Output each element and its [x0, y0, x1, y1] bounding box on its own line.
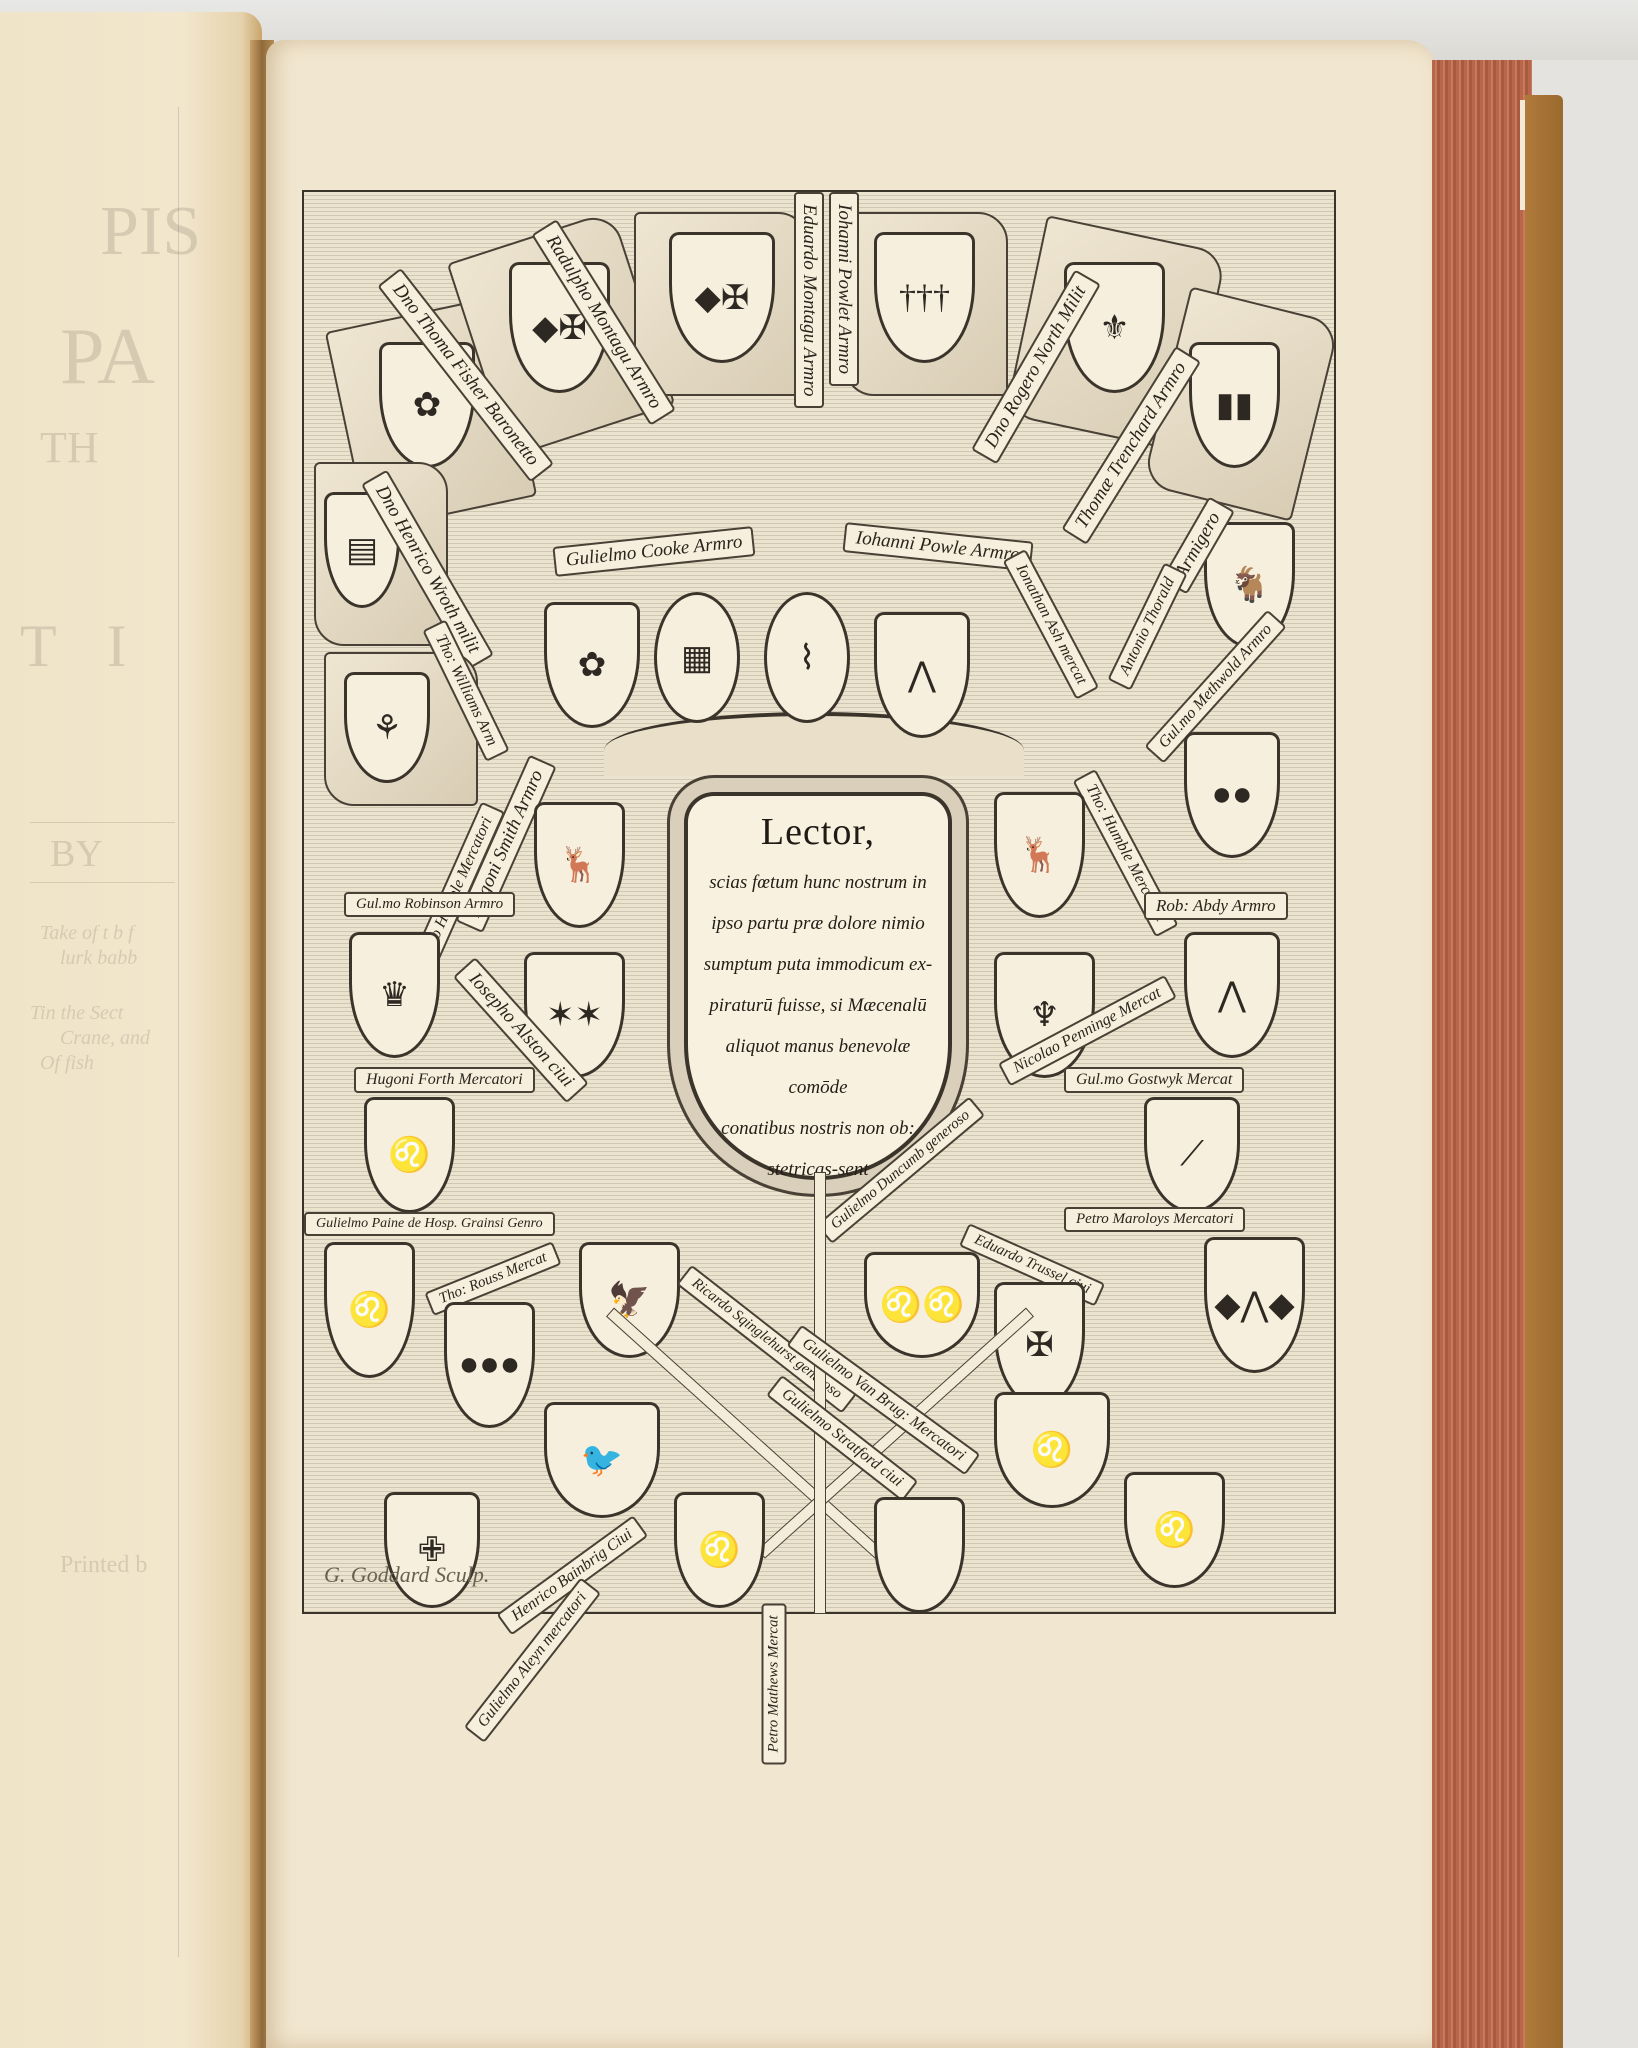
dedication-cartouche: Lector, scias fœtum hunc nostrum in ipso…	[684, 792, 952, 1180]
banner-label: Hugoni Forth Mercatori	[354, 1067, 535, 1093]
banner-label: Petro Mathews Mercat	[762, 1603, 787, 1764]
coat-of-arms-stag-icon: 🦌	[994, 792, 1085, 918]
left-page-divider	[30, 882, 175, 883]
cartouche-line: scias fœtum hunc nostrum in	[698, 862, 938, 903]
coat-of-arms-icon: ◆⋀◆	[1204, 1237, 1305, 1373]
cartouche-line: piraturū fuisse, si Mæcenalū	[698, 985, 938, 1026]
cartouche-line: aliquot manus benevolæ comōde	[698, 1026, 938, 1108]
ghost-text: Printed b	[60, 1552, 147, 1579]
coat-of-arms-icon: ●●	[1184, 732, 1280, 858]
engraver-signature: G. Goddard Sculp.	[324, 1562, 489, 1588]
ghost-text: PIS	[100, 192, 201, 272]
ghost-text: BY	[50, 832, 103, 876]
ghost-text: lurk babb	[60, 947, 137, 970]
coat-of-arms-icon: 🦅	[579, 1242, 680, 1358]
ghost-text: Crane, and	[60, 1027, 150, 1050]
coat-of-arms-icon: ♛	[349, 932, 440, 1058]
coat-of-arms-lion-icon: ♌	[1124, 1472, 1225, 1588]
coat-of-arms-stag-icon: 🦌	[534, 802, 625, 928]
coat-of-arms-icon: ▦	[654, 592, 740, 723]
cartouche-line: ipso partu præ dolore nimio	[698, 903, 938, 944]
coat-of-arms-icon: ⌇	[764, 592, 850, 723]
banner-label: Gul.mo Robinson Armro	[344, 892, 515, 917]
coat-of-arms-icon: ⋀	[1184, 932, 1280, 1058]
banner-label: Rob: Abdy Armro	[1144, 892, 1288, 920]
engraving-plate: ✿ ◆✠ ◆✠ ††† ⚜ ▮▮ 🐐 Dno Thoma Fisher Baro…	[302, 190, 1336, 1614]
ghost-text: T I	[20, 612, 145, 681]
coat-of-arms-cross-icon: ✙	[384, 1492, 480, 1608]
banner-label: Gulielmo Cooke Armro	[552, 526, 755, 577]
banner-label: Petro Maroloys Mercatori	[1064, 1207, 1245, 1232]
ghost-text: Of fish	[40, 1052, 94, 1075]
ghost-text: TH	[40, 422, 99, 473]
banner-label: Antonio Thorald	[1107, 562, 1187, 690]
banner-label: Eduardo Montagu Armro	[794, 192, 824, 408]
banner-label: Ionathan Ash mercat	[1003, 549, 1100, 700]
coat-of-arms-icon: ●●●	[444, 1302, 535, 1428]
ghost-text: Take of t b f	[40, 922, 134, 945]
coat-of-arms-lion-icon: ♌	[674, 1492, 765, 1608]
cartouche-line: conatibus nostris non ob:	[698, 1108, 938, 1149]
blank-shield-icon	[874, 1497, 965, 1613]
cartouche-line: sumptum puta immodicum ex-	[698, 944, 938, 985]
coat-of-arms-cross-icon: ✠	[994, 1282, 1085, 1408]
coat-of-arms-icon: ⟋	[1144, 1097, 1240, 1213]
banner-label: Gulielmo Paine de Hosp. Grainsi Genro	[304, 1212, 555, 1236]
flagpole	[814, 1172, 826, 1614]
coat-of-arms-lion-icon: ♌	[994, 1392, 1110, 1508]
left-page-divider	[30, 822, 175, 823]
ghost-text: PA	[60, 312, 155, 403]
left-page: PIS PA TH T I BY Take of t b f lurk babb…	[0, 12, 262, 2048]
left-page-rule	[178, 107, 179, 1957]
cartouche-title: Lector,	[688, 810, 948, 854]
banner-label: Iohanni Powlet Armro	[829, 192, 859, 386]
banner-label: Gul.mo Gostwyk Mercat	[1064, 1067, 1244, 1093]
page-edges	[1432, 60, 1532, 2048]
coat-of-arms-lion-icon: ♌	[364, 1097, 455, 1213]
coat-of-arms-lion-icon: ♌	[324, 1242, 415, 1378]
book-cover	[1525, 95, 1563, 2048]
coat-of-arms-icon: 🐦	[544, 1402, 660, 1518]
coat-of-arms-icon: ✿	[544, 602, 640, 728]
ghost-text: Tin the Sect	[30, 1002, 123, 1025]
cartouche-text: scias fœtum hunc nostrum in ipso partu p…	[698, 862, 938, 1190]
coat-of-arms-icon: ♌♌	[864, 1252, 980, 1358]
